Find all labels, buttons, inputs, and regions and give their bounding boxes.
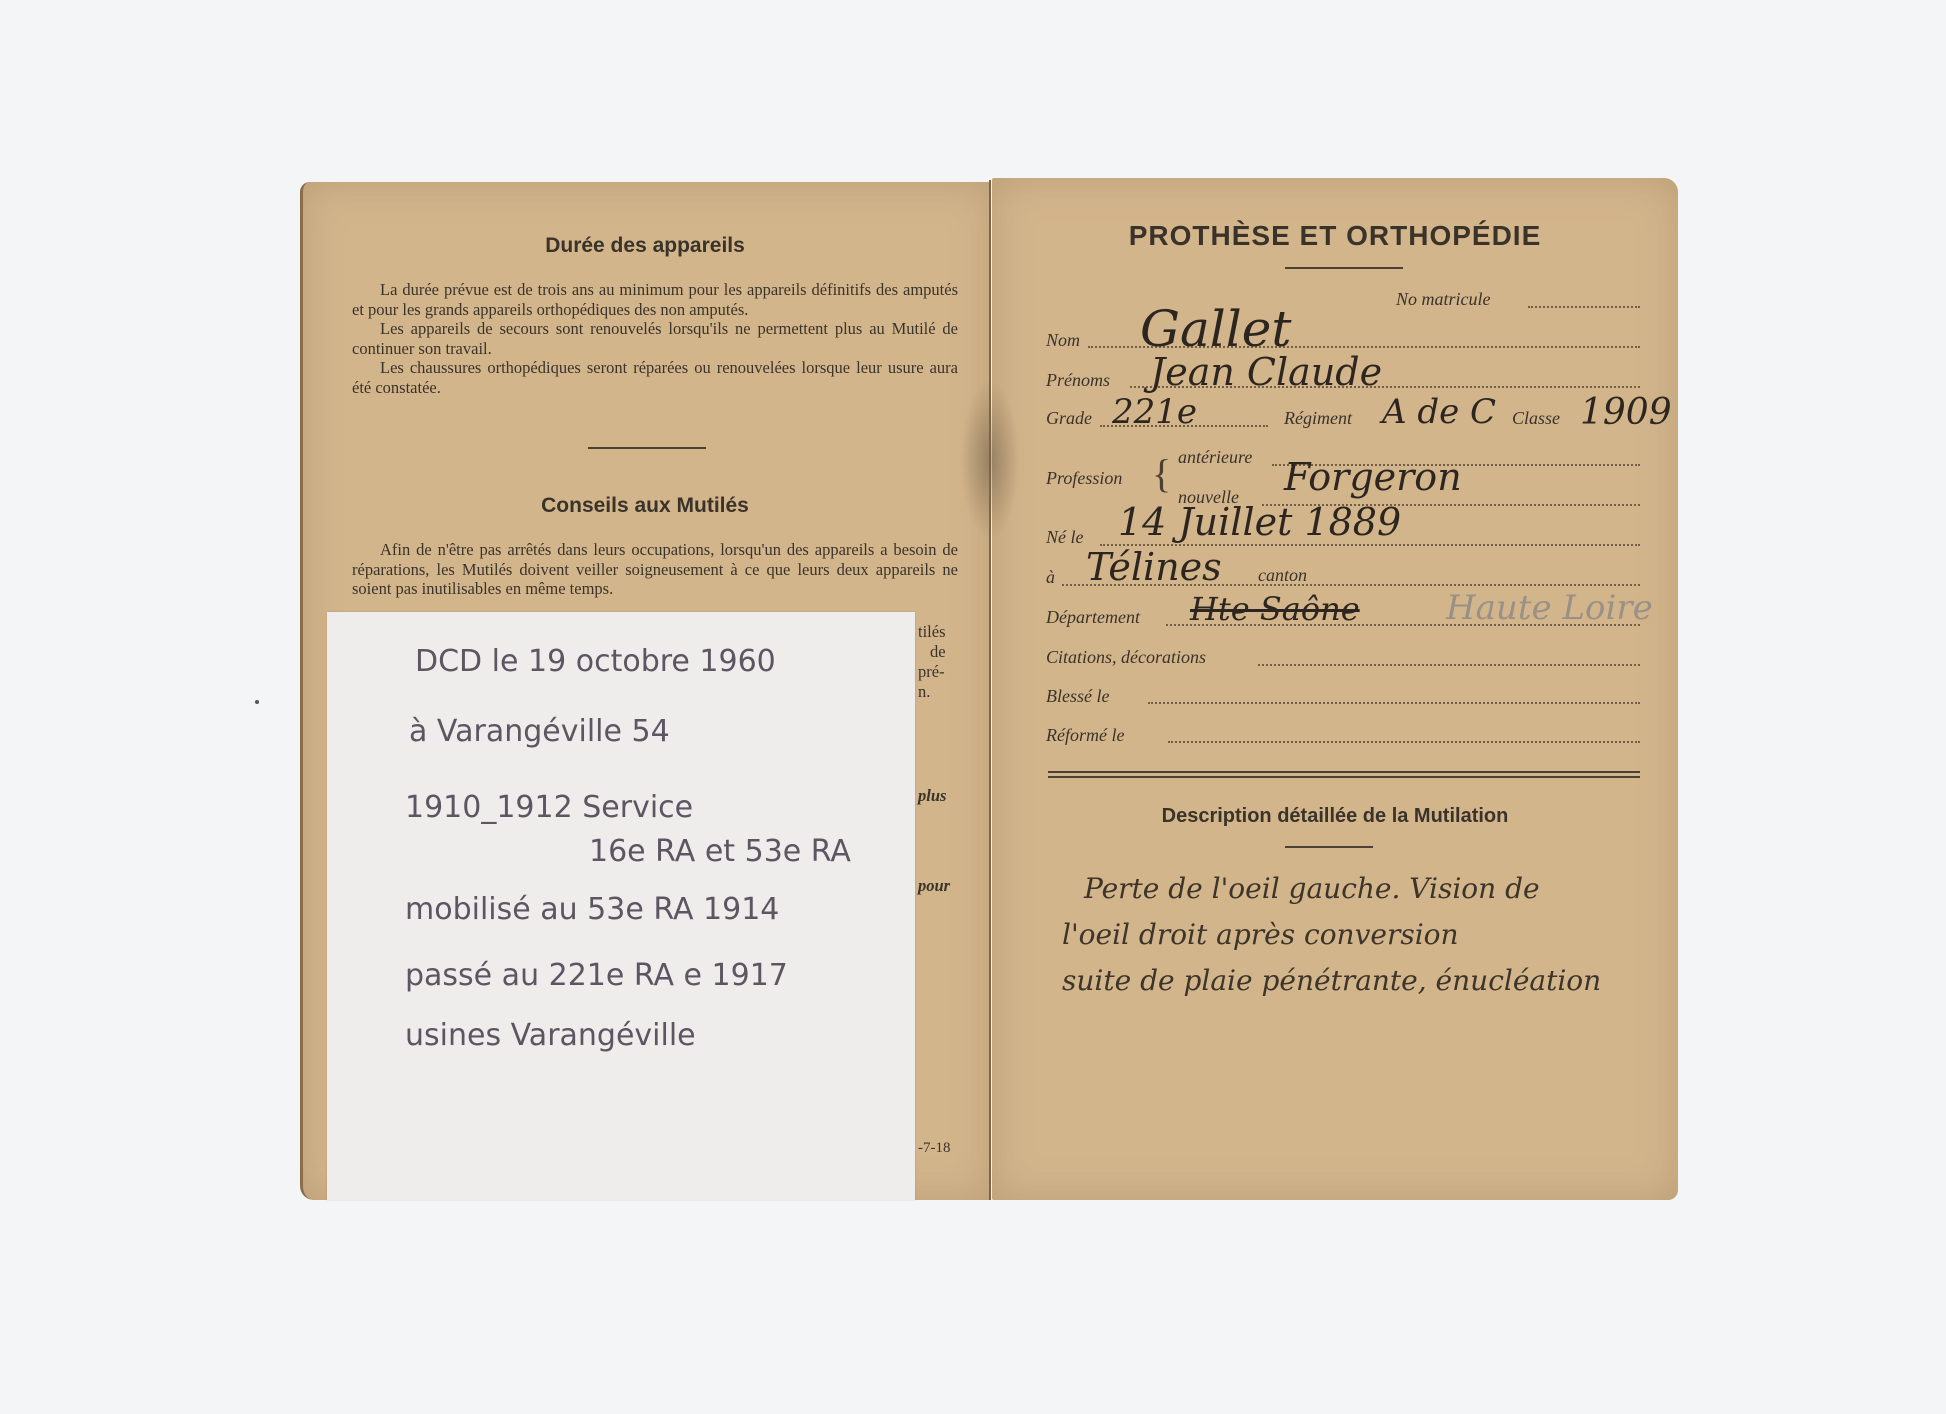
description-line: l'oeil droit après conversion — [1062, 912, 1682, 958]
spine-fold — [989, 180, 991, 1200]
departement-struck-value: Hte Saône — [1190, 590, 1360, 628]
regiment-value: A de C — [1382, 392, 1496, 432]
nouvelle-value: Forgeron — [1284, 455, 1462, 499]
a-label: à — [1046, 567, 1055, 588]
edge-fragment: pré- — [918, 662, 945, 682]
ne-le-label: Né le — [1046, 527, 1084, 548]
grade-value: 221e — [1112, 392, 1197, 432]
departement-label: Département — [1046, 607, 1140, 628]
title-divider — [1285, 267, 1403, 269]
blesse-field[interactable] — [1148, 702, 1640, 704]
printer-code: -7-18 — [918, 1140, 951, 1157]
edge-fragment: plus — [918, 786, 946, 806]
grade-label: Grade — [1046, 408, 1092, 429]
regiment-label: Régiment — [1284, 408, 1352, 429]
matricule-field[interactable] — [1528, 306, 1640, 308]
note-line: 1910_1912 Service — [405, 790, 693, 825]
handwritten-note: DCD le 19 octobre 1960 à Varangéville 54… — [327, 612, 915, 1200]
divider-rule — [588, 447, 706, 449]
classe-value: 1909 — [1580, 392, 1672, 433]
note-line: usines Varangéville — [405, 1018, 696, 1053]
departement-pencil-value: Haute Loire — [1446, 588, 1653, 628]
reforme-label: Réformé le — [1046, 725, 1124, 746]
canton-label: canton — [1258, 565, 1307, 586]
heading-conseils-aux-mutiles: Conseils aux Mutilés — [300, 494, 990, 518]
nom-label: Nom — [1046, 330, 1080, 351]
note-line: à Varangéville 54 — [409, 714, 670, 749]
speck-mark — [255, 700, 259, 704]
paragraph: Les appareils de secours sont renouvelés… — [352, 319, 958, 358]
anterieure-label: antérieure — [1178, 447, 1252, 468]
description-heading: Description détaillée de la Mutilation — [992, 805, 1678, 828]
note-line: passé au 221e RA e 1917 — [405, 958, 788, 993]
edge-fragment: pour — [918, 876, 950, 896]
section-conseils-text: Afin de n'être pas arrêtés dans leurs oc… — [352, 540, 958, 599]
citations-label: Citations, décorations — [1046, 647, 1206, 668]
form-title: PROTHÈSE ET ORTHOPÉDIE — [992, 220, 1678, 252]
edge-fragment: de — [930, 642, 946, 662]
ne-le-value: 14 Juillet 1889 — [1118, 500, 1401, 544]
double-rule-top — [1048, 771, 1640, 773]
citations-field[interactable] — [1258, 664, 1640, 666]
prenoms-value: Jean Claude — [1150, 350, 1382, 394]
description-text: Perte de l'oeil gauche. Vision de l'oeil… — [1062, 866, 1682, 1004]
section-duree-text: La durée prévue est de trois ans au mini… — [352, 280, 958, 397]
prenoms-label: Prénoms — [1046, 370, 1110, 391]
classe-label: Classe — [1512, 408, 1560, 429]
edge-fragment: n. — [918, 682, 930, 702]
edge-fragment: tilés — [918, 622, 946, 642]
note-line: mobilisé au 53e RA 1914 — [405, 892, 779, 927]
blesse-label: Blessé le — [1046, 686, 1109, 707]
brace: { — [1152, 450, 1171, 497]
paragraph: Afin de n'être pas arrêtés dans leurs oc… — [352, 540, 958, 599]
reforme-field[interactable] — [1168, 741, 1640, 743]
description-line: suite de plaie pénétrante, énucléation — [1062, 958, 1682, 1004]
a-value: Télines — [1086, 545, 1222, 589]
matricule-label: No matricule — [1396, 289, 1491, 310]
paragraph: Les chaussures orthopédiques seront répa… — [352, 358, 958, 397]
note-line: 16e RA et 53e RA — [589, 834, 851, 869]
description-line: Perte de l'oeil gauche. Vision de — [1062, 866, 1682, 912]
profession-label: Profession — [1046, 468, 1122, 489]
heading-duree-des-appareils: Durée des appareils — [300, 234, 990, 258]
double-rule-bottom — [1048, 776, 1640, 778]
description-divider — [1285, 846, 1373, 848]
note-line: DCD le 19 octobre 1960 — [415, 644, 776, 679]
paragraph: La durée prévue est de trois ans au mini… — [352, 280, 958, 319]
